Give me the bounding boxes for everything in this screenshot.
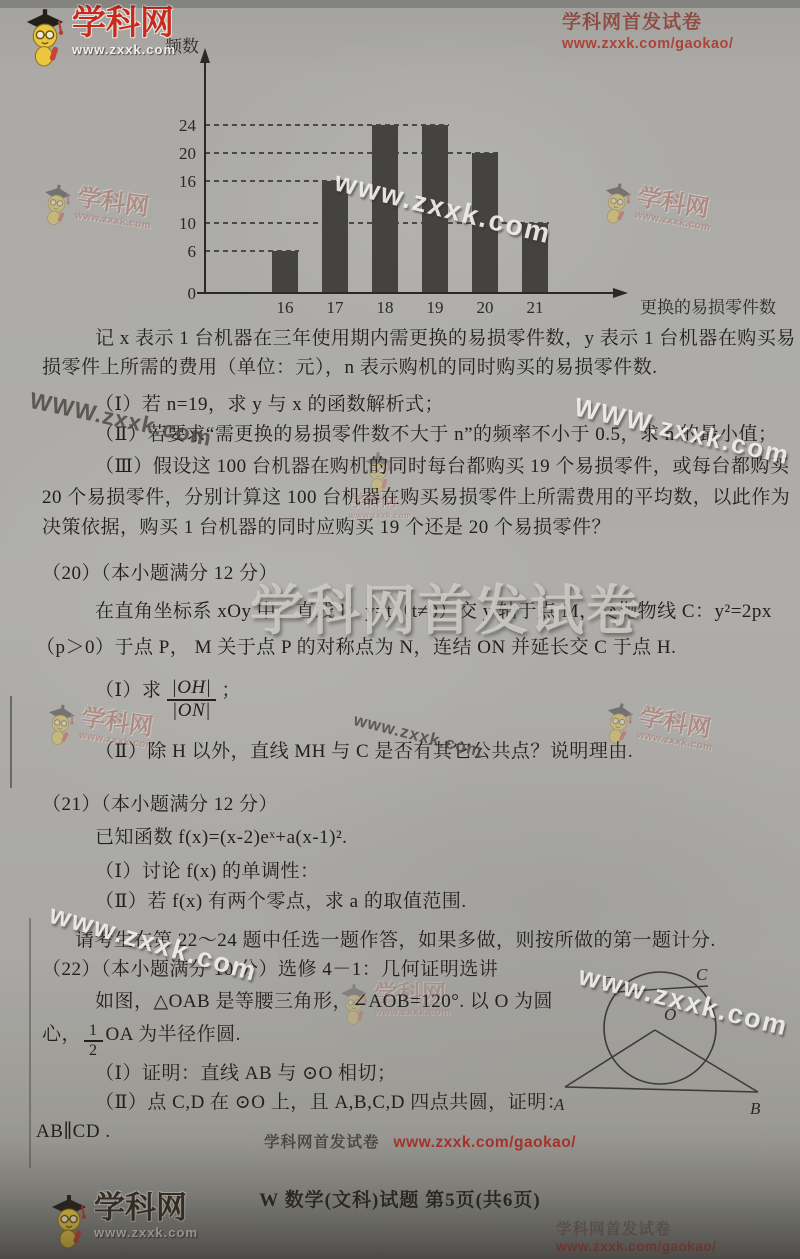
exam-page: 学科网 www.zxxk.com 学科网首发试卷 www.zxxk.com/ga… [0, 0, 800, 1259]
svg-text:24: 24 [179, 116, 197, 135]
zxxk-mascot-icon [48, 1192, 90, 1250]
p22-text-line1: 如图，△OAB 是等腰三角形，∠AOB=120°. 以 O 为圆 [95, 990, 553, 1014]
svg-text:20: 20 [179, 144, 196, 163]
label-A: A [553, 1095, 565, 1114]
zxxk-logo-top-left: 学科网 www.zxxk.com [22, 6, 176, 68]
zxxk-logo-text: 学科网 www.zxxk.com [94, 1192, 198, 1240]
p19-part3-line2: 20 个易损零件，分别计算这 100 台机器在购买易损零件上所需费用的平均数，以… [42, 486, 790, 510]
fraction-numerator: |OH| [167, 678, 217, 701]
zxxk-brand-name: 学科网 [72, 6, 176, 42]
label-C: C [696, 965, 708, 984]
svg-text:19: 19 [427, 298, 444, 317]
fraction-denominator: 2 [84, 1042, 103, 1060]
segment-ab [565, 1087, 758, 1092]
banner-url: www.zxxk.com/gaokao/ [562, 35, 733, 53]
svg-text:17: 17 [327, 298, 345, 317]
zxxk-brand-name: 学科网 [94, 1192, 198, 1225]
fraction-denominator: |ON| [167, 701, 217, 722]
svg-text:10: 10 [179, 214, 196, 233]
segment-oa [565, 1030, 655, 1087]
banner-title: 学科网首发试卷 [562, 11, 733, 35]
p19-part3-line1: （Ⅲ）假设这 100 台机器在购机的同时每台都购买 19 个易损零件，或每台都购… [95, 455, 789, 479]
svg-text:16: 16 [277, 298, 294, 317]
paper-fold-line [29, 918, 31, 1168]
p19-text-line1: 记 x 表示 1 台机器在三年使用期内需更换的易损零件数，y 表示 1 台机器在… [95, 327, 796, 351]
svg-text:16: 16 [179, 172, 196, 191]
zxxk-logo-bottom-left: 学科网 www.zxxk.com [48, 1192, 198, 1250]
zxxk-banner-bottom-right: 学科网首发试卷 www.zxxk.com/gaokao/ [556, 1220, 716, 1256]
svg-text:0: 0 [188, 284, 197, 303]
p22-text-line2: 心，12OA 为半径作圆. [42, 1022, 241, 1059]
svg-text:21: 21 [527, 298, 544, 317]
banner-url: www.zxxk.com/gaokao/ [556, 1239, 716, 1256]
fraction-one-half: 12 [84, 1022, 103, 1059]
fraction-numerator: 1 [84, 1022, 103, 1042]
p20-part1: （Ⅰ）求|OH||ON|； [95, 678, 241, 722]
fraction-oh-on: |OH||ON| [167, 678, 217, 722]
p19-text-line2: 损零件上所需的费用（单位：元），n 表示购机的同时购买的易损零件数. [42, 356, 658, 380]
p22-line2-prefix: 心， [42, 1024, 81, 1045]
zxxk-mascot-icon [41, 700, 79, 748]
p22-line2-suffix: OA 为半径作圆. [106, 1024, 241, 1045]
zxxk-brand-url: www.zxxk.com [72, 42, 176, 57]
label-B: B [750, 1099, 761, 1118]
p19-part3-line3: 决策依据，购买 1 台机器的同时应购买 19 个还是 20 个易损零件？ [42, 516, 611, 540]
paper-fold-line [10, 696, 12, 788]
p22-part2-line2: AB∥CD . [36, 1120, 111, 1144]
p21-part1: （Ⅰ）讨论 f(x) 的单调性： [95, 860, 320, 884]
zxxk-big-banner-watermark: 学科网首发试卷 [250, 568, 642, 645]
p20-header: （20）（本小题满分 12 分） [42, 562, 278, 586]
svg-text:20: 20 [477, 298, 494, 317]
zxxk-mascot-icon [22, 6, 68, 68]
footer-url: www.zxxk.com/gaokao/ [394, 1134, 577, 1151]
banner-title: 学科网首发试卷 [556, 1220, 716, 1239]
p22-part1: （Ⅰ）证明：直线 AB 与 ⊙O 相切； [95, 1062, 397, 1086]
p21-part2: （Ⅱ）若 f(x) 有两个零点，求 a 的取值范围. [95, 890, 467, 914]
p22-part2-line1: （Ⅱ）点 C,D 在 ⊙O 上，且 A,B,C,D 四点共圆，证明： [95, 1091, 566, 1115]
svg-text:更换的易损零件数: 更换的易损零件数 [640, 298, 776, 317]
zxxk-brand-url: www.zxxk.com [94, 1225, 198, 1240]
footer-brand-line: 学科网首发试卷www.zxxk.com/gaokao/ [264, 1130, 576, 1152]
zxxk-banner-top-right: 学科网首发试卷 www.zxxk.com/gaokao/ [562, 11, 733, 53]
p20-part1-suffix: ； [221, 680, 241, 701]
zxxk-logo-text: 学科网 www.zxxk.com [636, 705, 718, 754]
p21-function: 已知函数 f(x)=(x-2)eˣ+a(x-1)². [95, 826, 347, 850]
p22-header: （22）（本小题满分 10 分）选修 4－1：几何证明选讲 [42, 958, 498, 982]
p20-part1-prefix: （Ⅰ）求 [95, 680, 162, 701]
svg-text:18: 18 [377, 298, 394, 317]
p20-part2: （Ⅱ）除 H 以外，直线 MH 与 C 是否有其它公共点？说明理由. [95, 740, 633, 764]
svg-text:6: 6 [188, 242, 197, 261]
footer-brand: 学科网首发试卷 [264, 1134, 380, 1151]
p21-header: （21）（本小题满分 12 分） [42, 793, 278, 817]
zxxk-logo-text: 学科网 www.zxxk.com [72, 6, 176, 57]
